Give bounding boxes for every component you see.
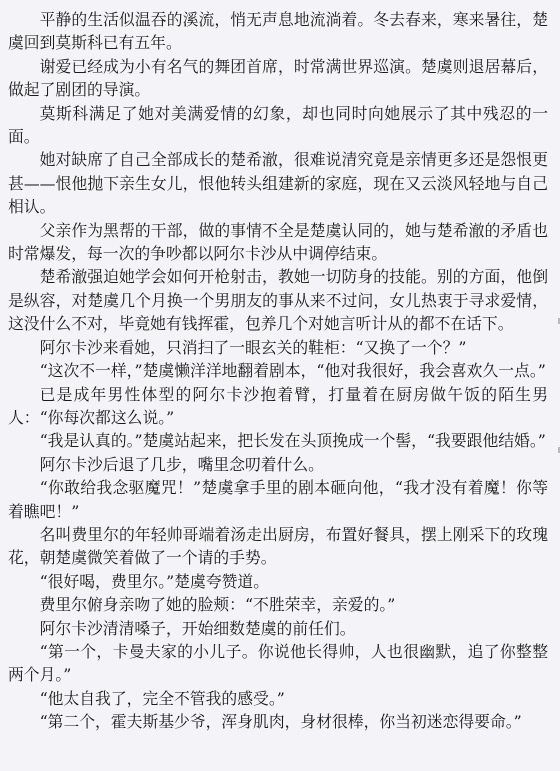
paragraph: “很好喝，费里尔。”楚虞夸赞道。 [8,570,548,593]
paragraph: 谢爱已经成为小有名气的舞团首席，时常满世界巡演。楚虞则退居幕后，做起了剧团的导演… [8,55,548,102]
paragraph: 她对缺席了自己全部成长的楚希澈，很难说清究竟是亲情更多还是怨恨更甚——恨他抛下亲… [8,148,548,218]
paragraph: “他太自我了，完全不管我的感受。” [8,687,548,710]
paragraph: 父亲作为黑帮的干部，做的事情不全是楚虞认同的，她与楚希澈的矛盾也时常爆发，每一次… [8,219,548,266]
paragraph: 费里尔俯身亲吻了她的脸颊：“不胜荣幸，亲爱的。” [8,593,548,616]
paragraph: “第二个，霍夫斯基少爷，浑身肌肉，身材很棒，你当初迷恋得要命。” [8,710,548,733]
reader-page: 平静的生活似温吞的溪流，悄无声息地流淌着。冬去春来，寒来暑往，楚虞回到莫斯科已有… [0,0,560,771]
paragraph: 阿尔卡沙清清嗓子，开始细数楚虞的前任们。 [8,617,548,640]
paragraph: 阿尔卡沙后退了几步，嘴里念叨着什么。 [8,453,548,476]
paragraph: 莫斯科满足了她对美满爱情的幻象，却也同时向她展示了其中残忍的一面。 [8,102,548,149]
document-body: 平静的生活似温吞的溪流，悄无声息地流淌着。冬去春来，寒来暑往，楚虞回到莫斯科已有… [8,8,548,734]
paragraph: “这次不一样，”楚虞懒洋洋地翻着剧本，“他对我很好，我会喜欢久一点。” [8,359,548,382]
paragraph: 阿尔卡沙来看她，只消扫了一眼玄关的鞋柜：“又换了一个？” [8,336,548,359]
paragraph: “我是认真的。”楚虞站起来，把长发在头顶挽成一个髻，“我要跟他结婚。” [8,429,548,452]
paragraph: 平静的生活似温吞的溪流，悄无声息地流淌着。冬去春来，寒来暑往，楚虞回到莫斯科已有… [8,8,548,55]
paragraph: 名叫费里尔的年轻帅哥端着汤走出厨房，布置好餐具，摆上刚采下的玫瑰花，朝楚虞微笑着… [8,523,548,570]
paragraph: “第一个，卡曼夫家的小儿子。你说他长得帅，人也很幽默，追了你整整两个月。” [8,640,548,687]
paragraph: 楚希澈强迫她学会如何开枪射击，教她一切防身的技能。别的方面，他倒是纵容，对楚虞几… [8,265,548,335]
paragraph: 已是成年男性体型的阿尔卡沙抱着臂，打量着在厨房做午饭的陌生男人：“你每次都这么说… [8,383,548,430]
paragraph: “你敢给我念驱魔咒！”楚虞拿手里的剧本砸向他，“我才没有着魔！你等着瞧吧！” [8,476,548,523]
